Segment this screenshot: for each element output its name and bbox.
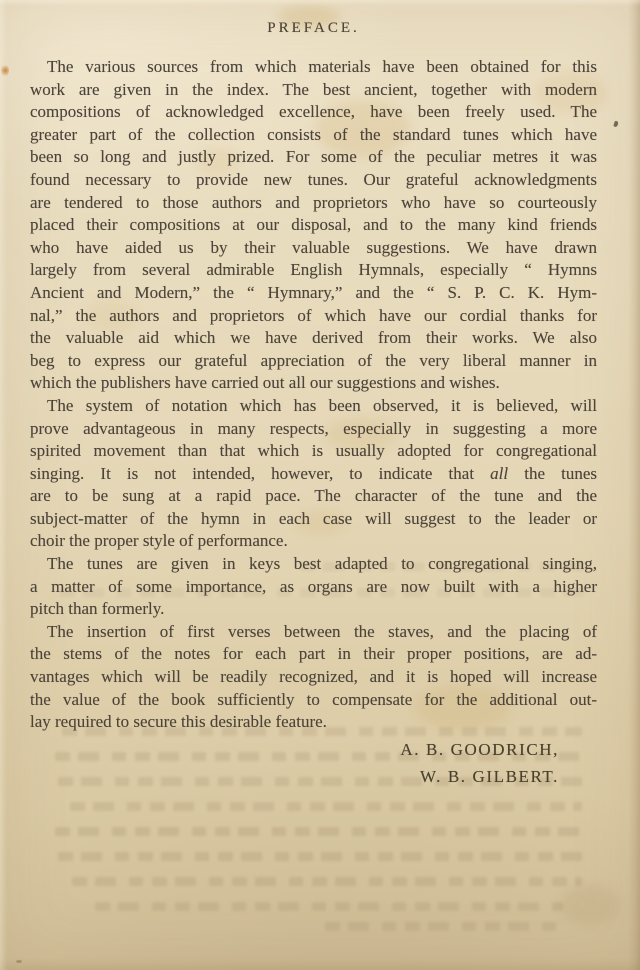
text-line: The insertion of first verses between th… — [30, 621, 597, 644]
page-edge-shadow — [0, 0, 640, 6]
bleedthrough-ghost-line — [55, 827, 585, 836]
text-line: vantages which will be readily recognize… — [30, 666, 597, 689]
bleedthrough-ghost-line — [95, 902, 563, 911]
preface-paragraph-1: The various sources from which materials… — [30, 56, 597, 395]
text-line: The various sources from which materials… — [30, 56, 597, 79]
text-line: are tendered to those authors and propri… — [30, 192, 597, 215]
preface-paragraph-3: The tunes are given in keys best adapted… — [30, 553, 597, 621]
text-line: pitch than formerly. — [30, 598, 597, 621]
page-edge-shadow — [628, 0, 640, 970]
bleedthrough-ghost-line — [325, 922, 560, 931]
text-line: placed their compositions at our disposa… — [30, 214, 597, 237]
bleedthrough-ghost-line — [70, 802, 582, 811]
text-line: subject-matter of the hymn in each case … — [30, 508, 597, 531]
text-line: found necessary to provide new tunes. Ou… — [30, 169, 597, 192]
bleedthrough-ghost-line — [72, 877, 582, 886]
text-line: spirited movement than that which is usu… — [30, 440, 597, 463]
text-line: lay required to secure this desirable fe… — [30, 711, 597, 734]
signature-author-2: W. B. GILBERT. — [30, 763, 559, 790]
text-line: the stems of the notes for each part in … — [30, 643, 597, 666]
text-line: compositions of acknowledged excellence,… — [30, 101, 597, 124]
signature-block: A. B. GOODRICH, W. B. GILBERT. — [30, 736, 597, 790]
preface-paragraph-2: The system of notation which has been ob… — [30, 395, 597, 553]
text-line: The system of notation which has been ob… — [30, 395, 597, 418]
preface-paragraph-4: The insertion of first verses between th… — [30, 621, 597, 734]
signature-author-1: A. B. GOODRICH, — [30, 736, 559, 763]
text-line: largely from several admirable English H… — [30, 259, 597, 282]
page-content: PREFACE. The various sources from which … — [30, 20, 597, 790]
text-line: which the publishers have carried out al… — [30, 372, 597, 395]
text-line: singing. It is not intended, however, to… — [30, 463, 597, 486]
text-line: prove advantageous in many respects, esp… — [30, 418, 597, 441]
text-line: are to be sung at a rapid pace. The char… — [30, 485, 597, 508]
text-line: The tunes are given in keys best adapted… — [30, 553, 597, 576]
text-line: work are given in the index. The best an… — [30, 79, 597, 102]
scanned-page: PREFACE. The various sources from which … — [0, 0, 640, 970]
text-line: been so long and justly prized. For some… — [30, 146, 597, 169]
text-line: nal,” the authors and proprietors of whi… — [30, 305, 597, 328]
text-line: the value of the book sufficiently to co… — [30, 689, 597, 712]
text-line: choir the proper style of performance. — [30, 530, 597, 553]
paper-stain — [560, 885, 620, 925]
preface-body: The various sources from which materials… — [30, 56, 597, 734]
text-line: Ancient and Modern,” the “ Hymnary,” and… — [30, 282, 597, 305]
page-edge-shadow — [0, 958, 640, 970]
text-line: who have aided us by their valuable sugg… — [30, 237, 597, 260]
text-line: a matter of some importance, as organs a… — [30, 576, 597, 599]
page-edge-shadow — [0, 0, 7, 970]
page-title: PREFACE. — [30, 20, 597, 36]
bleedthrough-ghost-line — [58, 852, 586, 861]
text-line: greater part of the collection consists … — [30, 124, 597, 147]
text-line: the valuable aid which we have derived f… — [30, 327, 597, 350]
text-line: beg to express our grateful appreciation… — [30, 350, 597, 373]
